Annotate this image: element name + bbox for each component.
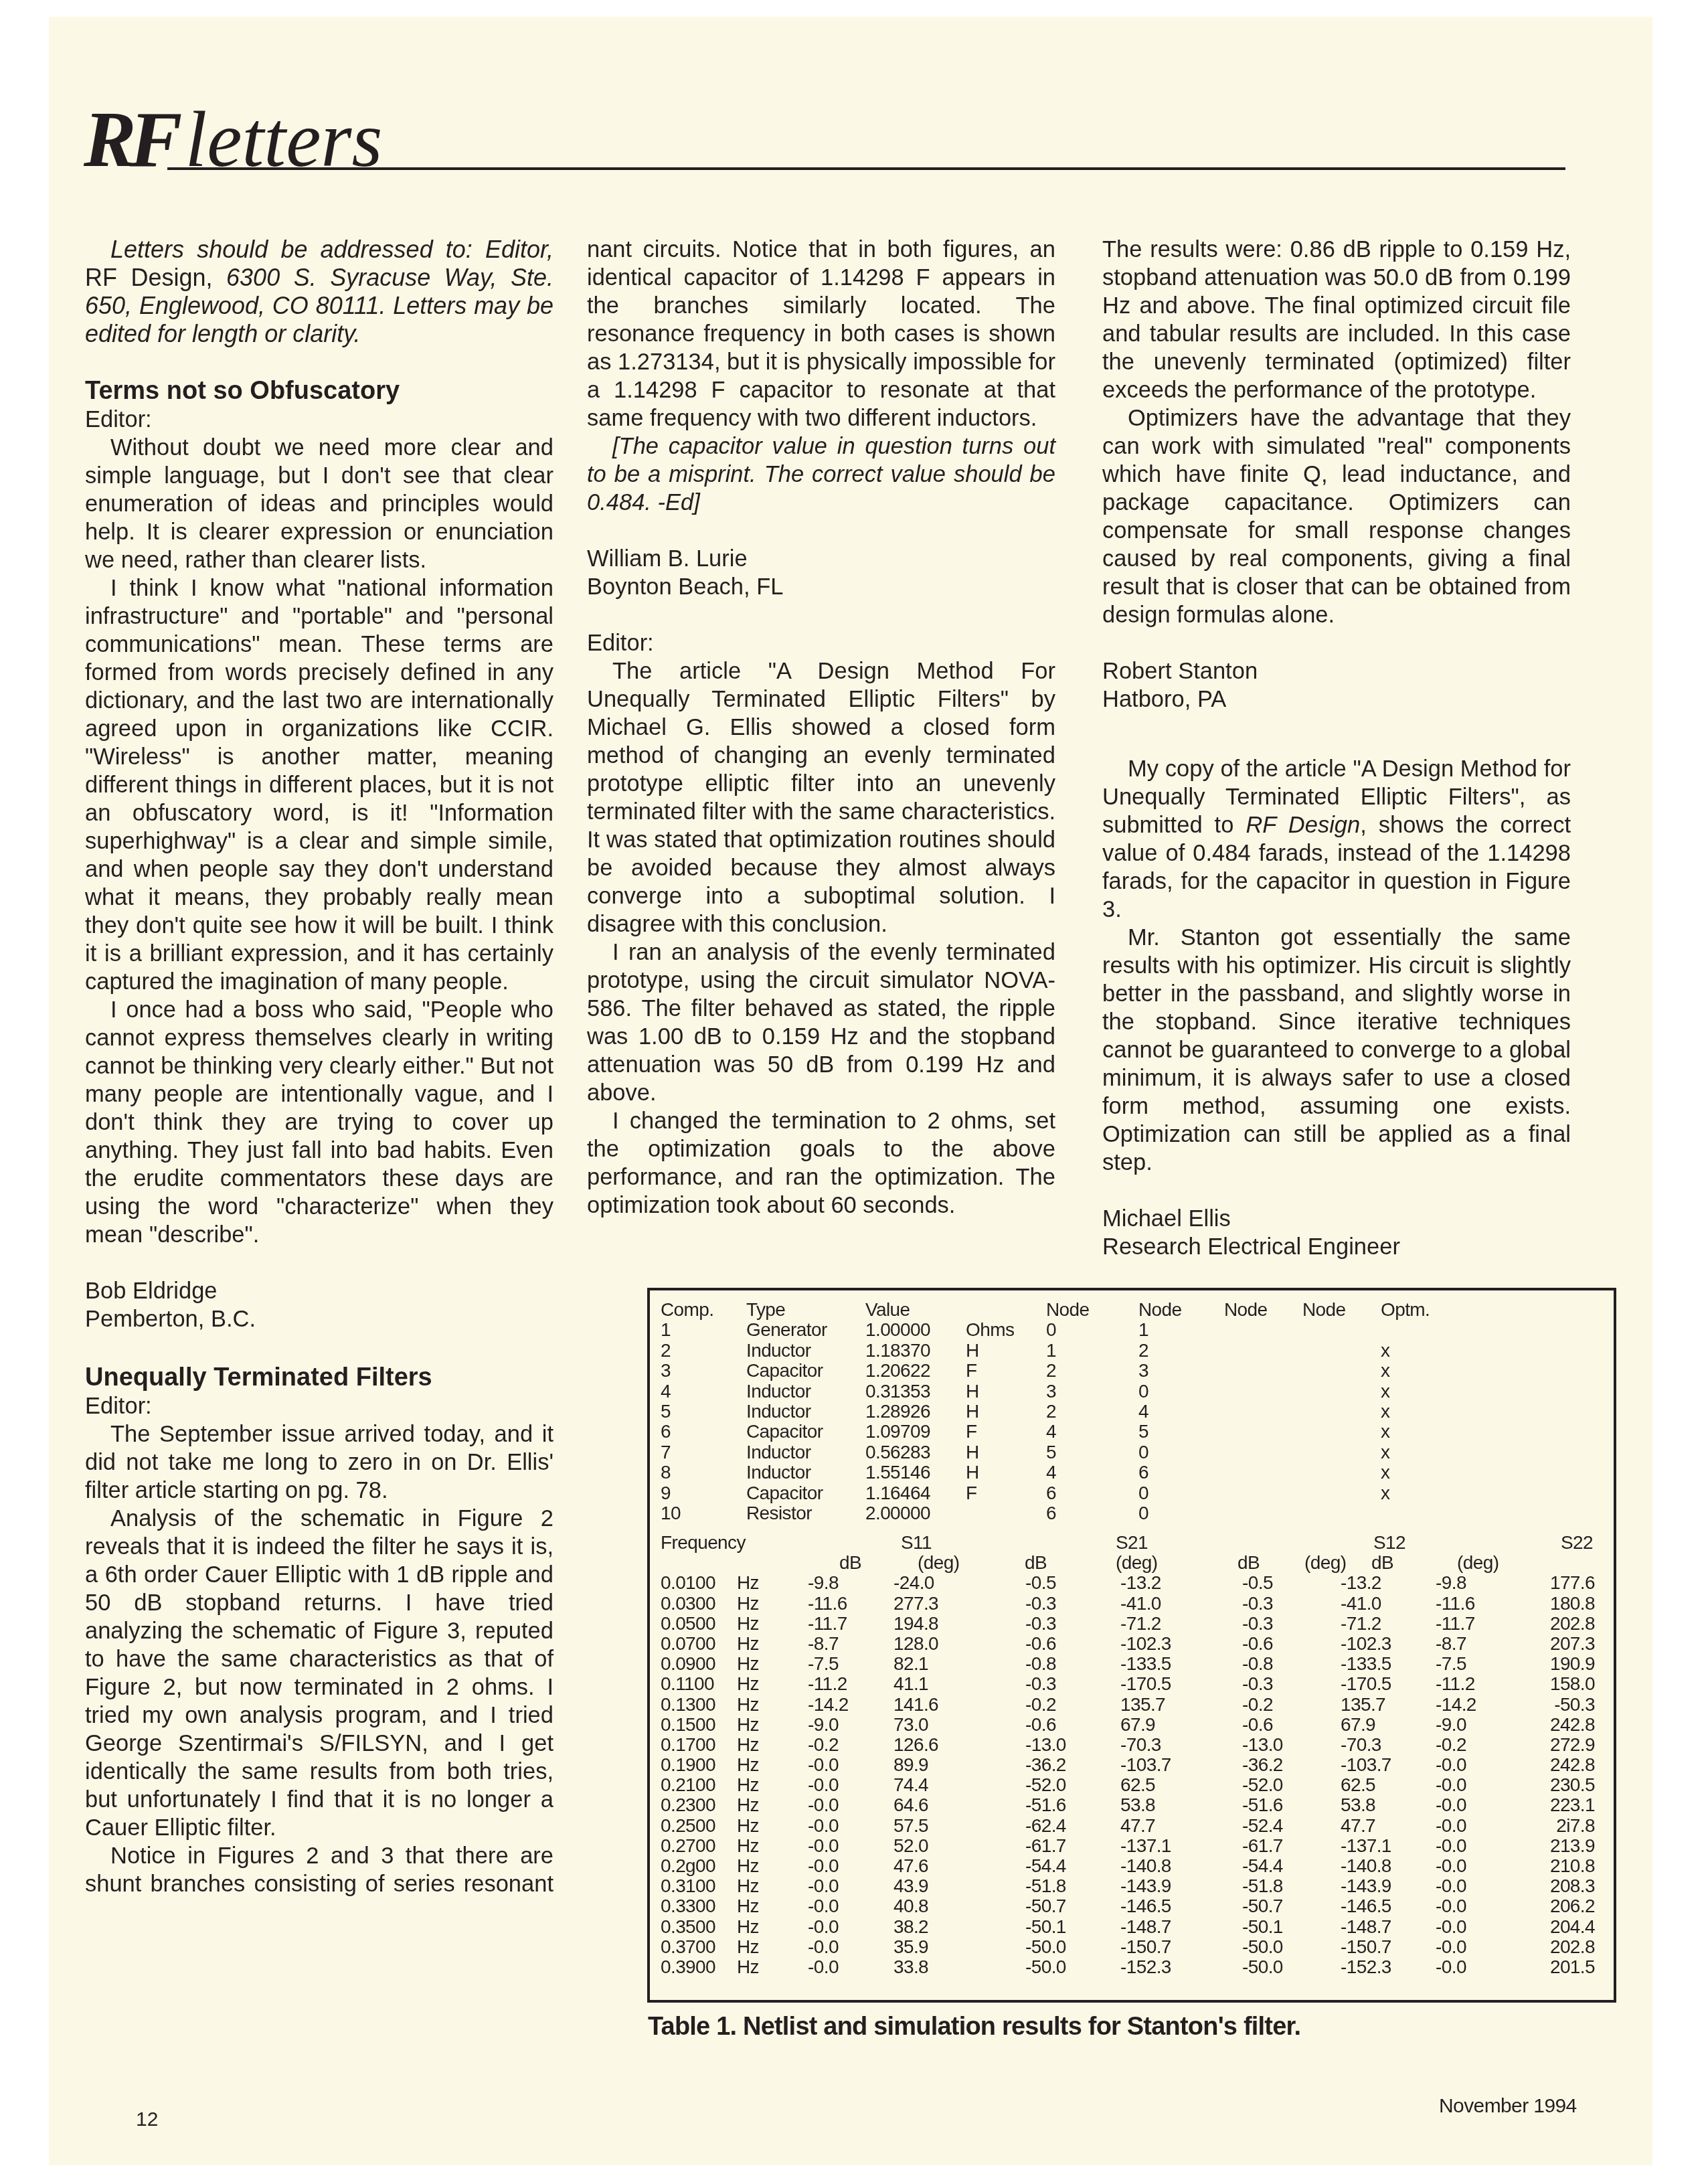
table-cell: x (1381, 1422, 1448, 1442)
table-cell: 5 (1138, 1422, 1224, 1442)
table-cell: 3 (1138, 1361, 1224, 1381)
table-cell: 0.56283 (865, 1442, 966, 1462)
table-cell (1224, 1442, 1302, 1462)
table-cell: -0.8 (1242, 1654, 1341, 1674)
table-cell: 3 (1046, 1381, 1138, 1402)
table-cell: 202.8 (1535, 1937, 1595, 1957)
signature-name: William B. Lurie (587, 545, 1055, 573)
table-cell: x (1381, 1361, 1448, 1381)
table-cell: Hz (737, 1735, 808, 1755)
table-cell: 135.7 (1120, 1695, 1242, 1715)
table-cell: 208.3 (1535, 1876, 1595, 1896)
table-cell: -0.0 (808, 1856, 893, 1876)
reply-paragraph: Mr. Stanton got essentially the same res… (1102, 924, 1571, 1177)
table-cell: -0.2 (1436, 1735, 1535, 1755)
table-cell (1381, 1503, 1448, 1523)
table-cell (1224, 1381, 1302, 1402)
column-header: Frequency (661, 1533, 808, 1553)
table-cell: -70.3 (1120, 1735, 1242, 1755)
table-cell: -52.4 (1242, 1816, 1341, 1836)
table-cell: 0.0500 (661, 1614, 737, 1634)
table-cell: -0.6 (1025, 1634, 1120, 1654)
table-cell (1302, 1503, 1381, 1523)
column-header: dB (1237, 1553, 1304, 1573)
table-cell: -148.7 (1120, 1917, 1242, 1937)
table-cell: 5 (1046, 1442, 1138, 1462)
table-cell: 9 (661, 1483, 746, 1503)
table-cell: 6 (661, 1422, 746, 1442)
table-cell: Capacitor (746, 1483, 865, 1503)
table-cell: -50.0 (1025, 1937, 1120, 1957)
paragraph: Without doubt we need more clear and sim… (85, 434, 553, 574)
table-cell (1224, 1503, 1302, 1523)
table-cell: 0.3900 (661, 1957, 737, 1977)
signature-name: Bob Eldridge (85, 1277, 553, 1305)
table-cell: -8.7 (1436, 1634, 1535, 1654)
table-cell: -11.2 (808, 1674, 893, 1694)
table-cell: 2.00000 (865, 1503, 966, 1523)
table-cell: x (1381, 1442, 1448, 1462)
table-row: 3Capacitor1.20622F23x (661, 1361, 1448, 1381)
table-cell: -9.8 (1436, 1573, 1535, 1593)
table-cell: -7.5 (1436, 1654, 1535, 1674)
table-cell: 2 (1138, 1341, 1224, 1361)
table-cell: -8.7 (808, 1634, 893, 1654)
table-cell: 4 (661, 1381, 746, 1402)
table-cell: 177.6 (1535, 1573, 1595, 1593)
table-cell: -133.5 (1341, 1654, 1436, 1674)
table-cell: 89.9 (893, 1755, 1025, 1775)
table-cell: 47.7 (1120, 1816, 1242, 1836)
paragraph: The article "A Design Method For Unequal… (587, 657, 1055, 938)
column-header: Comp. (661, 1300, 746, 1320)
table-cell: Hz (737, 1775, 808, 1795)
table-cell (1224, 1462, 1302, 1483)
table-cell: Hz (737, 1816, 808, 1836)
table-row: 4Inductor0.31353H30x (661, 1381, 1448, 1402)
column-header: (deg) (1304, 1553, 1371, 1573)
table-cell: -0.0 (1436, 1816, 1535, 1836)
netlist-table: Comp. Type Value Node Node Node Node Opt… (661, 1300, 1448, 1523)
table-cell (1302, 1402, 1381, 1422)
paragraph-continuation: nant circuits. Notice that in both figur… (587, 236, 1055, 432)
table-cell: -54.4 (1242, 1856, 1341, 1876)
table-cell: 242.8 (1535, 1755, 1595, 1775)
table-cell: 41.1 (893, 1674, 1025, 1694)
table-cell: 1.09709 (865, 1422, 966, 1442)
table-cell: x (1381, 1462, 1448, 1483)
table-cell: -170.5 (1120, 1674, 1242, 1694)
table-cell (1302, 1442, 1381, 1462)
table-caption: Table 1. Netlist and simulation results … (648, 2013, 1300, 2041)
table-row: 0.3700Hz-0.035.9-50.0-150.7-50.0-150.7-0… (661, 1937, 1595, 1957)
table-cell: -0.0 (1436, 1917, 1535, 1937)
table-cell: 4 (1138, 1402, 1224, 1422)
table-row: 7Inductor0.56283H50x (661, 1442, 1448, 1462)
table-cell: 0.1500 (661, 1715, 737, 1735)
table-cell: 1.18370 (865, 1341, 966, 1361)
table-cell: -70.3 (1341, 1735, 1436, 1755)
paragraph: I changed the termination to 2 ohms, set… (587, 1107, 1055, 1220)
table-cell: 190.9 (1535, 1654, 1595, 1674)
column-header: Type (746, 1300, 865, 1320)
column-header: Node (1224, 1300, 1302, 1320)
table-cell: 180.8 (1535, 1594, 1595, 1614)
table-cell: -170.5 (1341, 1674, 1436, 1694)
table-cell: -0.0 (1436, 1795, 1535, 1815)
table-cell: -71.2 (1120, 1614, 1242, 1634)
table-row: 8Inductor1.55146H46x (661, 1462, 1448, 1483)
column-header: (deg) (1457, 1553, 1524, 1573)
table-cell: 0.2700 (661, 1836, 737, 1856)
table-cell: -0.0 (808, 1917, 893, 1937)
table-cell: -11.7 (1436, 1614, 1535, 1634)
table-cell: F (966, 1483, 1046, 1503)
table-row: 0.0700Hz-8.7128.0-0.6-102.3-0.6-102.3-8.… (661, 1634, 1595, 1654)
table-row: 0.2300Hz-0.064.6-51.653.8-51.653.8-0.022… (661, 1795, 1595, 1815)
table-cell: 206.2 (1535, 1896, 1595, 1916)
table-cell: Hz (737, 1674, 808, 1694)
table-cell: x (1381, 1483, 1448, 1503)
table-cell: 35.9 (893, 1937, 1025, 1957)
table-cell: 7 (661, 1442, 746, 1462)
column-header: dB (1371, 1553, 1457, 1573)
table-cell: -50.7 (1025, 1896, 1120, 1916)
table-cell: -133.5 (1120, 1654, 1242, 1674)
table-cell: -0.0 (1436, 1896, 1535, 1916)
table-cell (1224, 1422, 1302, 1442)
salutation: Editor: (85, 1392, 553, 1420)
section-title: letters (185, 96, 382, 183)
column-header: dB (1025, 1553, 1116, 1573)
table-cell: Inductor (746, 1381, 865, 1402)
rf-logo: RF (84, 96, 175, 183)
table-cell: 0.2g00 (661, 1856, 737, 1876)
letter-heading: Terms not so Obfuscatory (85, 376, 553, 406)
table-cell: -0.0 (808, 1957, 893, 1977)
signature-place: Boynton Beach, FL (587, 573, 1055, 601)
table-cell: -52.0 (1025, 1775, 1120, 1795)
addressed-prefix: Letters should be addressed to: (110, 236, 473, 263)
table-cell: -0.6 (1242, 1715, 1341, 1735)
table-row: 0.1300Hz-14.2141.6-0.2135.7-0.2135.7-14.… (661, 1695, 1595, 1715)
table-cell: -51.6 (1025, 1795, 1120, 1815)
table-cell: Capacitor (746, 1422, 865, 1442)
table-cell: -14.2 (808, 1695, 893, 1715)
table-cell: -11.7 (808, 1614, 893, 1634)
table-cell: 10 (661, 1503, 746, 1523)
table-cell: Hz (737, 1896, 808, 1916)
table-cell: 1.00000 (865, 1320, 966, 1340)
table-cell: Hz (737, 1594, 808, 1614)
table-cell: 207.3 (1535, 1634, 1595, 1654)
table-cell: 47.6 (893, 1856, 1025, 1876)
table-cell: 0.2100 (661, 1775, 737, 1795)
table-cell: 2 (661, 1341, 746, 1361)
table-cell: x (1381, 1381, 1448, 1402)
table-cell: 2i7.8 (1535, 1816, 1595, 1836)
table-cell: 126.6 (893, 1735, 1025, 1755)
issue-date: November 1994 (1439, 2095, 1577, 2118)
table-cell: 1 (1046, 1341, 1138, 1361)
sparam-unit-header: dB (deg) dB (deg) dB (deg) dB (deg) (661, 1553, 1595, 1573)
table-cell: 0.31353 (865, 1381, 966, 1402)
table-cell: -0.0 (808, 1876, 893, 1896)
table-cell: -51.6 (1242, 1795, 1341, 1815)
table-cell: 0.1100 (661, 1674, 737, 1694)
table-cell: -50.7 (1242, 1896, 1341, 1916)
table-cell: Inductor (746, 1462, 865, 1483)
table-cell: 5 (661, 1402, 746, 1422)
column-header: S11 (808, 1533, 932, 1553)
table-cell: -61.7 (1025, 1836, 1120, 1856)
table-cell: Generator (746, 1320, 865, 1340)
letters-address-note: Letters should be addressed to: Editor, … (85, 236, 553, 348)
page-number: 12 (136, 2108, 158, 2131)
table-cell: F (966, 1361, 1046, 1381)
table-cell: -54.4 (1025, 1856, 1120, 1876)
table-cell: 62.5 (1341, 1775, 1436, 1795)
signature-title: Research Electrical Engineer (1102, 1233, 1571, 1261)
table-cell: 0 (1138, 1442, 1224, 1462)
table-cell: 210.8 (1535, 1856, 1595, 1876)
table-cell: -0.6 (1025, 1715, 1120, 1735)
table-cell: 64.6 (893, 1795, 1025, 1815)
table-cell: 6 (1046, 1483, 1138, 1503)
table-cell: -0.5 (1242, 1573, 1341, 1593)
table-row: 0.2100Hz-0.074.4-52.062.5-52.062.5-0.023… (661, 1775, 1595, 1795)
table-cell: -0.3 (1242, 1614, 1341, 1634)
table-cell: -36.2 (1025, 1755, 1120, 1775)
table-cell: x (1381, 1341, 1448, 1361)
table-cell: Inductor (746, 1402, 865, 1422)
table-cell: -9.8 (808, 1573, 893, 1593)
table-cell: 74.4 (893, 1775, 1025, 1795)
table-cell: H (966, 1462, 1046, 1483)
table-cell: -0.0 (1436, 1775, 1535, 1795)
table-cell (1224, 1483, 1302, 1503)
table-cell: -13.0 (1242, 1735, 1341, 1755)
table-cell: -50.1 (1025, 1917, 1120, 1937)
table-cell: 0.2500 (661, 1816, 737, 1836)
table-row: 0.1500Hz-9.073.0-0.667.9-0.667.9-9.0242.… (661, 1715, 1595, 1735)
table-cell: 0.0300 (661, 1594, 737, 1614)
table-cell: -50.1 (1242, 1917, 1341, 1937)
table-row: 2Inductor1.18370H12x (661, 1341, 1448, 1361)
table-cell: 67.9 (1341, 1715, 1436, 1735)
table-cell (1302, 1462, 1381, 1483)
table-cell: -0.0 (808, 1896, 893, 1916)
table-cell: Hz (737, 1795, 808, 1815)
table-row: 1Generator1.00000Ohms01 (661, 1320, 1448, 1340)
table-cell: 223.1 (1535, 1795, 1595, 1815)
paragraph: I ran an analysis of the evenly terminat… (587, 938, 1055, 1107)
table-cell: 67.9 (1120, 1715, 1242, 1735)
column-header: Node (1046, 1300, 1138, 1320)
table-cell: 0.0100 (661, 1573, 737, 1593)
paragraph-continued: Notice in Figures 2 and 3 that there are… (85, 1842, 553, 1898)
table-cell: 0.3500 (661, 1917, 737, 1937)
table-cell: -0.2 (808, 1735, 893, 1755)
table-row: 9Capacitor1.16464F60x (661, 1483, 1448, 1503)
paragraph: The September issue arrived today, and i… (85, 1420, 553, 1505)
column-header: Value (865, 1300, 966, 1320)
table-cell: -9.0 (1436, 1715, 1535, 1735)
table-cell (1302, 1422, 1381, 1442)
table-cell: -50.0 (1242, 1937, 1341, 1957)
table-cell (966, 1503, 1046, 1523)
table-cell: 230.5 (1535, 1775, 1595, 1795)
signature-place: Hatboro, PA (1102, 685, 1571, 714)
table-cell: Hz (737, 1937, 808, 1957)
table-cell: 201.5 (1535, 1957, 1595, 1977)
table-cell: -0.0 (1436, 1937, 1535, 1957)
table-cell: 57.5 (893, 1816, 1025, 1836)
table-cell: -152.3 (1120, 1957, 1242, 1977)
table-cell: -13.0 (1025, 1735, 1120, 1755)
s-parameter-table: Frequency S11 S21 S12 S22 dB (deg) dB (d… (661, 1533, 1595, 1977)
table-cell (1224, 1341, 1302, 1361)
table-cell: 52.0 (893, 1836, 1025, 1856)
table-cell: -0.6 (1242, 1634, 1341, 1654)
table-cell: 53.8 (1120, 1795, 1242, 1815)
table-row: 6Capacitor1.09709F45x (661, 1422, 1448, 1442)
table-cell (1224, 1361, 1302, 1381)
table-cell (1302, 1320, 1381, 1340)
table-row: 0.3500Hz-0.038.2-50.1-148.7-50.1-148.7-0… (661, 1917, 1595, 1937)
table-cell: 0.0700 (661, 1634, 737, 1654)
column-header: Node (1138, 1300, 1224, 1320)
table-cell: Hz (737, 1614, 808, 1634)
table-cell: 1.55146 (865, 1462, 966, 1483)
table-cell: Hz (737, 1695, 808, 1715)
table-cell: Hz (737, 1634, 808, 1654)
table-cell: 53.8 (1341, 1795, 1436, 1815)
table-cell: -140.8 (1341, 1856, 1436, 1876)
column-3: The results were: 0.86 dB ripple to 0.15… (1102, 236, 1571, 1261)
signature-name: Robert Stanton (1102, 657, 1571, 685)
table-row: 0.1900Hz-0.089.9-36.2-103.7-36.2-103.7-0… (661, 1755, 1595, 1775)
table-cell: -7.5 (808, 1654, 893, 1674)
table-cell: Ohms (966, 1320, 1046, 1340)
table-cell: H (966, 1381, 1046, 1402)
table-cell: -146.5 (1120, 1896, 1242, 1916)
table-cell: -0.0 (1436, 1957, 1535, 1977)
column-header: Node (1302, 1300, 1381, 1320)
table-cell: 82.1 (893, 1654, 1025, 1674)
table-row: 0.3100Hz-0.043.9-51.8-143.9-51.8-143.9-0… (661, 1876, 1595, 1896)
table-cell: 0.2300 (661, 1795, 737, 1815)
magazine-name: RF Design (1246, 813, 1360, 838)
table-cell: Hz (737, 1755, 808, 1775)
table-row: 0.0900Hz-7.582.1-0.8-133.5-0.8-133.5-7.5… (661, 1654, 1595, 1674)
column-header: S21 (932, 1533, 1148, 1553)
table-cell: -51.8 (1242, 1876, 1341, 1896)
table-cell: -150.7 (1341, 1937, 1436, 1957)
table-cell: 40.8 (893, 1896, 1025, 1916)
table-cell: 0.1700 (661, 1735, 737, 1755)
salutation: Editor: (85, 406, 553, 434)
netlist-header-row: Comp. Type Value Node Node Node Node Opt… (661, 1300, 1448, 1320)
table-cell: -0.0 (808, 1816, 893, 1836)
editor-label: Editor, (485, 236, 553, 263)
table-cell: 0.3300 (661, 1896, 737, 1916)
table-cell: -0.0 (1436, 1836, 1535, 1856)
table-cell: -52.0 (1242, 1775, 1341, 1795)
table-cell (1302, 1483, 1381, 1503)
table-cell: -71.2 (1341, 1614, 1436, 1634)
table-cell: 0 (1138, 1483, 1224, 1503)
table-cell: 1.20622 (865, 1361, 966, 1381)
table-row: 0.0100Hz-9.8-24.0-0.5-13.2-0.5-13.2-9.81… (661, 1573, 1595, 1593)
table-cell: 1.28926 (865, 1402, 966, 1422)
table-cell: F (966, 1422, 1046, 1442)
table-cell: 204.4 (1535, 1917, 1595, 1937)
table-cell: -50.3 (1535, 1695, 1595, 1715)
table-cell: 6 (1046, 1503, 1138, 1523)
table-row: 0.1100Hz-11.241.1-0.3-170.5-0.3-170.5-11… (661, 1674, 1595, 1694)
table-cell: -102.3 (1120, 1634, 1242, 1654)
table-cell: -51.8 (1025, 1876, 1120, 1896)
table-cell: -137.1 (1341, 1836, 1436, 1856)
table-cell: 3 (661, 1361, 746, 1381)
table-cell: 33.8 (893, 1957, 1025, 1977)
column-header: S12 (1148, 1533, 1405, 1553)
table-cell: -0.0 (1436, 1755, 1535, 1775)
table-cell: 194.8 (893, 1614, 1025, 1634)
column-header: S22 (1405, 1533, 1593, 1553)
column-1: Letters should be addressed to: Editor, … (85, 236, 553, 1898)
table-cell: -61.7 (1242, 1836, 1341, 1856)
table-cell: -148.7 (1341, 1917, 1436, 1937)
table-cell: 1 (1138, 1320, 1224, 1340)
table-cell: 8 (661, 1462, 746, 1483)
table-row: 0.0300Hz-11.6277.3-0.3-41.0-0.3-41.0-11.… (661, 1594, 1595, 1614)
table-cell: 2 (1046, 1361, 1138, 1381)
table-cell: -11.2 (1436, 1674, 1535, 1694)
paragraph: I think I know what "national informatio… (85, 574, 553, 996)
paragraph-continuation: The results were: 0.86 dB ripple to 0.15… (1102, 236, 1571, 404)
table-cell: -0.0 (808, 1937, 893, 1957)
signature-name: Michael Ellis (1102, 1205, 1571, 1233)
paragraph: Optimizers have the advantage that they … (1102, 404, 1571, 629)
paragraph: Analysis of the schematic in Figure 2 re… (85, 1505, 553, 1842)
column-header: Optm. (1381, 1300, 1448, 1320)
table-cell: -0.0 (808, 1836, 893, 1856)
table-cell: 43.9 (893, 1876, 1025, 1896)
table-cell: 0.1900 (661, 1755, 737, 1775)
table-cell: 0 (1046, 1320, 1138, 1340)
table-cell: -41.0 (1341, 1594, 1436, 1614)
signature-place: Pemberton, B.C. (85, 1305, 553, 1333)
sparam-group-header: Frequency S11 S21 S12 S22 (661, 1533, 1595, 1553)
paragraph: I once had a boss who said, "People who … (85, 996, 553, 1249)
table-cell: -103.7 (1120, 1755, 1242, 1775)
table-cell: -0.3 (1025, 1594, 1120, 1614)
table-cell: 0.3100 (661, 1876, 737, 1896)
table-cell: 4 (1046, 1422, 1138, 1442)
table-1: Comp. Type Value Node Node Node Node Opt… (647, 1288, 1616, 2003)
table-cell: 0.0900 (661, 1654, 737, 1674)
table-cell: -143.9 (1120, 1876, 1242, 1896)
table-cell: -0.2 (1242, 1695, 1341, 1715)
table-cell: Hz (737, 1573, 808, 1593)
reply-paragraph: My copy of the article "A Design Method … (1102, 755, 1571, 924)
table-row: 0.3300Hz-0.040.8-50.7-146.5-50.7-146.5-0… (661, 1896, 1595, 1916)
table-cell: Resistor (746, 1503, 865, 1523)
column-header: (deg) (1116, 1553, 1237, 1573)
table-cell: Inductor (746, 1442, 865, 1462)
